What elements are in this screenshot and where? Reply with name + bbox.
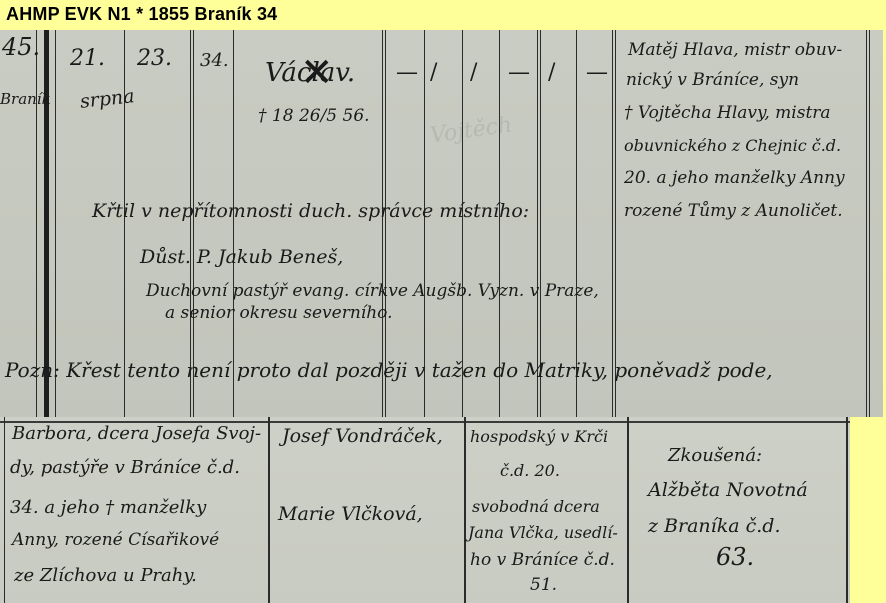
tally-mark: — <box>396 60 418 85</box>
ruling <box>866 30 870 417</box>
register-page-upper: Vojtěch 45. Braník 21. srpna 23. 34. Vác… <box>0 30 883 417</box>
day-2: 23. <box>137 48 172 70</box>
midwife-line: Alžběta Novotná <box>648 481 808 500</box>
register-page-lower: Barbora, dcera Josefa Svoj- dy, pastýře … <box>0 417 850 603</box>
entry-number: 45. <box>2 35 40 59</box>
death-annotation: † 18 26/5 56. <box>258 108 370 125</box>
baptism-line: Duchovní pastýř evang. církve Augšb. Vyz… <box>146 283 599 300</box>
ruling <box>4 417 5 603</box>
baptism-line: Křtil v nepřítomnosti duch. správce míst… <box>92 202 529 221</box>
document-title: AHMP EVK N1 * 1855 Braník 34 <box>6 4 277 25</box>
godparent-detail: č.d. 20. <box>500 463 560 479</box>
godparent-name: Josef Vondráček, <box>282 427 443 446</box>
godparent-detail: ho v Bráníce č.d. <box>470 552 615 569</box>
ruling <box>268 417 270 603</box>
mother-line: ze Zlíchova u Prahy. <box>14 567 197 585</box>
house-number: 34. <box>200 52 229 70</box>
tally-mark: / <box>470 60 477 85</box>
cross-out-mark: ✕ <box>300 50 334 96</box>
baptism-line: Důst. P. Jakub Beneš, <box>140 248 343 267</box>
day: 21. <box>70 48 105 70</box>
bleed-through-text: Vojtěch <box>429 114 514 147</box>
mother-line: Barbora, dcera Josefa Svoj- <box>12 425 261 443</box>
ruling <box>627 417 629 603</box>
mother-line: 34. a jeho † manželky <box>10 499 206 517</box>
godparent-detail: 51. <box>530 577 557 594</box>
midwife-line: 63. <box>716 545 754 569</box>
father-line: Matěj Hlava, mistr obuv- <box>628 42 842 59</box>
remark-line: Pozn: Křest tento není proto dal později… <box>5 360 773 380</box>
baptism-line: a senior okresu severního. <box>165 305 393 322</box>
place: Braník <box>0 92 51 107</box>
midwife-line: z Braníka č.d. <box>648 517 781 536</box>
father-line: nický v Bráníce, syn <box>626 72 799 89</box>
godparent-detail: svobodná dcera <box>472 499 600 515</box>
tally-mark: / <box>430 60 437 85</box>
father-line: obuvnického z Chejnic č.d. <box>624 138 841 154</box>
tally-mark: — <box>586 60 608 85</box>
father-line: rozené Tůmy z Aunoličet. <box>624 203 843 220</box>
godparent-detail: Jana Vlčka, usedlí- <box>468 525 618 541</box>
mother-line: Anny, rozené Císařikové <box>12 532 219 549</box>
midwife-line: Zkoušená: <box>668 447 762 465</box>
tally-mark: — <box>508 60 530 85</box>
mother-line: dy, pastýře v Bráníce č.d. <box>10 459 240 477</box>
tally-mark: / <box>548 60 555 85</box>
ruling <box>464 417 466 603</box>
ruling <box>846 417 848 603</box>
father-line: † Vojtěcha Hlavy, mistra <box>624 105 831 122</box>
godparent-name: Marie Vlčková, <box>278 505 423 524</box>
father-line: 20. a jeho manželky Anny <box>624 170 845 187</box>
month: srpna <box>79 87 135 112</box>
godparent-detail: hospodský v Krči <box>470 429 608 445</box>
title-bar: AHMP EVK N1 * 1855 Braník 34 <box>0 0 886 30</box>
